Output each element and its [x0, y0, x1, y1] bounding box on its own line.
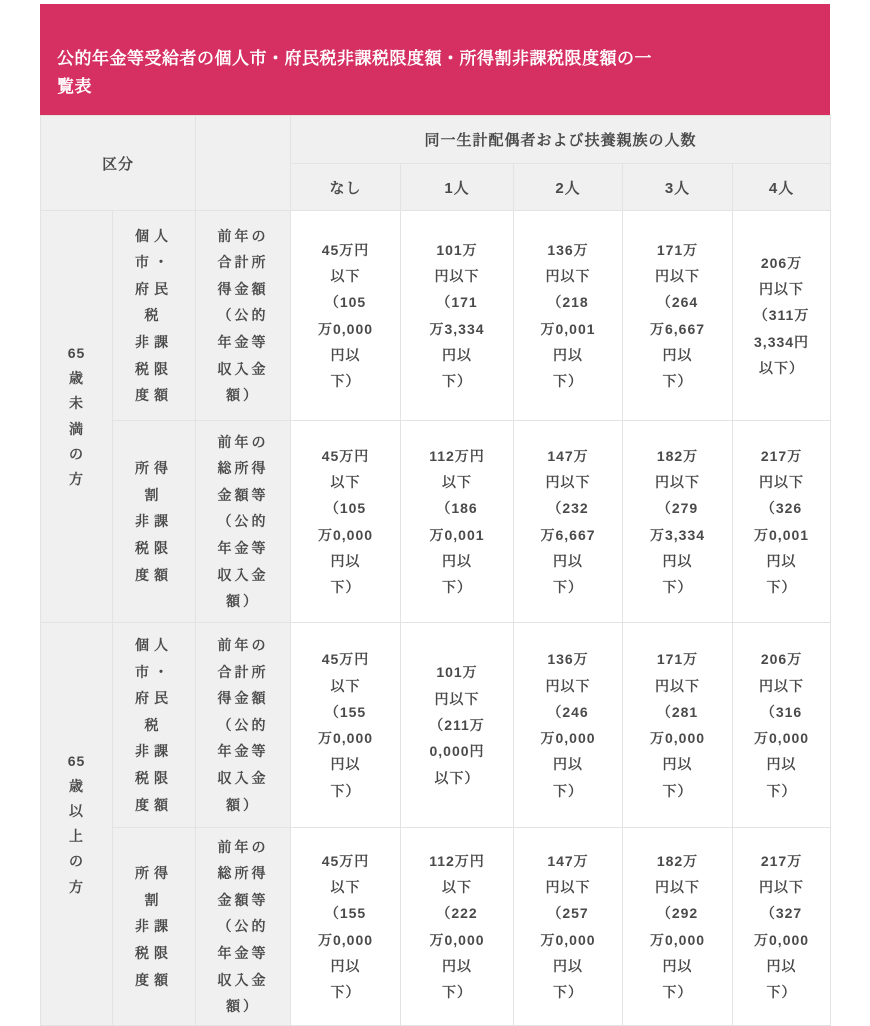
value-cell: 171万 円以下 （264 万6,667 円以 下）: [623, 211, 733, 421]
age-group-under-65: 65 歳 未 満 の 方: [41, 211, 113, 623]
count-header-3: 3人: [623, 164, 733, 211]
tax-type-cell: 所得 割 非課 税限 度額: [113, 421, 196, 623]
value-cell: 101万 円以下 （211万 0,000円 以下）: [401, 623, 514, 828]
value-cell: 45万円 以下 （105 万0,000 円以 下）: [291, 421, 401, 623]
age-group-over-65: 65 歳 以 上 の 方: [41, 623, 113, 1026]
tax-type-cell: 個人 市・ 府民 税 非課 税限 度額: [113, 211, 196, 421]
count-header-none: なし: [291, 164, 401, 211]
condition-cell: 前年の 合計所 得金額 （公的 年金等 収入金 額）: [196, 623, 291, 828]
value-cell: 45万円 以下 （155 万0,000 円以 下）: [291, 828, 401, 1026]
condition-column-header: [196, 116, 291, 211]
value-cell: 45万円 以下 （155 万0,000 円以 下）: [291, 623, 401, 828]
tax-type-cell: 個人 市・ 府民 税 非課 税限 度額: [113, 623, 196, 828]
count-header-2: 2人: [514, 164, 623, 211]
value-cell: 136万 円以下 （246 万0,000 円以 下）: [514, 623, 623, 828]
page: 公的年金等受給者の個人市・府民税非課税限度額・所得割非課税限度額の一 覧表 区分…: [0, 0, 870, 1026]
value-cell: 101万 円以下 （171 万3,334 円以 下）: [401, 211, 514, 421]
value-cell: 147万 円以下 （257 万0,000 円以 下）: [514, 828, 623, 1026]
count-header-1: 1人: [401, 164, 514, 211]
value-cell: 112万円 以下 （186 万0,001 円以 下）: [401, 421, 514, 623]
condition-cell: 前年の 合計所 得金額 （公的 年金等 収入金 額）: [196, 211, 291, 421]
page-title: 公的年金等受給者の個人市・府民税非課税限度額・所得割非課税限度額の一 覧表: [57, 49, 652, 96]
value-cell: 171万 円以下 （281 万0,000 円以 下）: [623, 623, 733, 828]
value-cell: 136万 円以下 （218 万0,001 円以 下）: [514, 211, 623, 421]
condition-cell: 前年の 総所得 金額等 （公的 年金等 収入金 額）: [196, 421, 291, 623]
page-title-bar: 公的年金等受給者の個人市・府民税非課税限度額・所得割非課税限度額の一 覧表: [40, 4, 830, 115]
value-cell: 182万 円以下 （292 万0,000 円以 下）: [623, 828, 733, 1026]
dependents-group-header: 同一生計配偶者および扶養親族の人数: [291, 116, 831, 164]
corner-header-kubun: 区分: [41, 116, 196, 211]
value-cell: 206万 円以下 （311万 3,334円 以下）: [733, 211, 831, 421]
value-cell: 147万 円以下 （232 万6,667 円以 下）: [514, 421, 623, 623]
tax-type-cell: 所得 割 非課 税限 度額: [113, 828, 196, 1026]
value-cell: 112万円 以下 （222 万0,000 円以 下）: [401, 828, 514, 1026]
count-header-4: 4人: [733, 164, 831, 211]
value-cell: 45万円 以下 （105 万0,000 円以 下）: [291, 211, 401, 421]
value-cell: 206万 円以下 （316 万0,000 円以 下）: [733, 623, 831, 828]
value-cell: 217万 円以下 （326 万0,001 円以 下）: [733, 421, 831, 623]
tax-exemption-table: 区分 同一生計配偶者および扶養親族の人数 なし 1人 2人 3人 4人 65 歳…: [40, 115, 831, 1026]
value-cell: 217万 円以下 （327 万0,000 円以 下）: [733, 828, 831, 1026]
condition-cell: 前年の 総所得 金額等 （公的 年金等 収入金 額）: [196, 828, 291, 1026]
value-cell: 182万 円以下 （279 万3,334 円以 下）: [623, 421, 733, 623]
